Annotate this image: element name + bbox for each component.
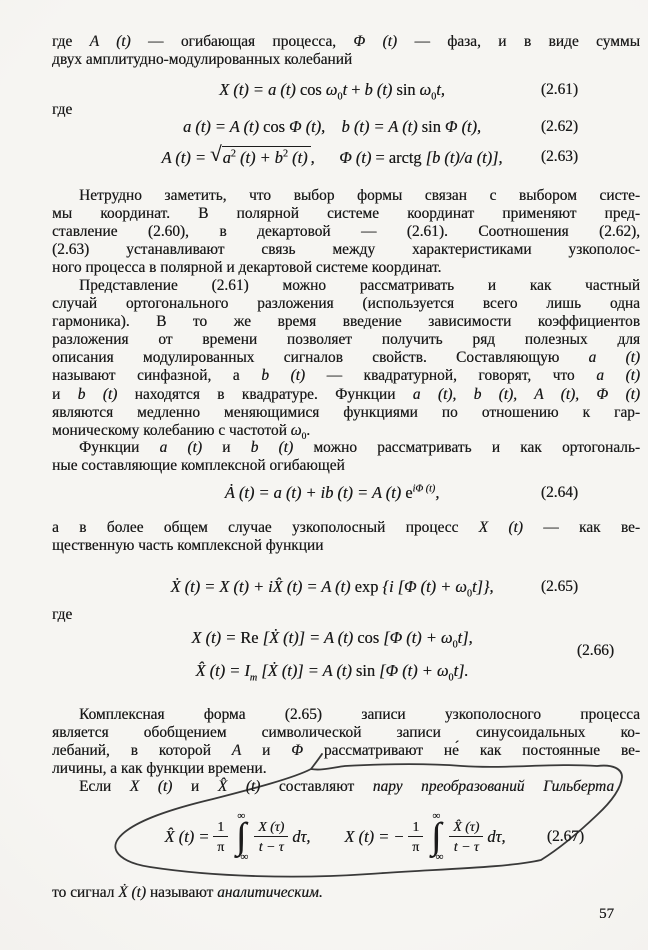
formula-2-64: Ȧ (t) = a (t) + ib (t) = A (t) eiΦ (t), …: [52, 483, 612, 503]
paragraph-4: а в более общем случае узкополосный проц…: [52, 519, 640, 555]
fraction-numerator: X̂ (τ): [449, 818, 483, 837]
square-root: √a2 (t) + b2 (t): [210, 146, 311, 168]
text-line: Комплексная форма (2.65) записи узкополо…: [52, 706, 640, 724]
equation-number: (2.64): [541, 484, 578, 502]
text-line: где A (t) — огибающая процесса, Φ (t) — …: [52, 33, 640, 51]
formula-part: X (t) = −: [344, 827, 404, 847]
text-line: мы координат. В полярной системе координ…: [52, 205, 640, 223]
formula-body: Ȧ (t) = a (t) + ib (t) = A (t) eiΦ (t),: [225, 483, 440, 503]
intro-text: где A (t) — огибающая процесса, Φ (t) — …: [52, 33, 640, 69]
formula-2-67: X̂ (t) = 1π ∞∫−∞ X (τ)t − τ dτ, X (t) = …: [52, 803, 618, 871]
equation-number: (2.67): [547, 828, 584, 846]
fraction-numerator: X (τ): [254, 818, 288, 837]
text-line: двух амплитудно-модулированных колебаний: [52, 51, 640, 69]
equation-number: (2.61): [541, 81, 578, 99]
text-line: Если X (t) и X̂ (t) составляют пару прео…: [52, 778, 614, 796]
text-line: ного процесса в полярной и декартовой си…: [52, 259, 640, 277]
text-line: являются медленно меняющимися функциями …: [52, 404, 640, 422]
fraction: X̂ (τ)t − τ: [449, 818, 483, 855]
formula-body: X̂ (t) = Im [Ẋ (t)] = A (t) sin [Φ (t) +…: [195, 661, 468, 681]
formula-body: A (t) = √a2 (t) + b2 (t), Φ (t) = arctg …: [161, 146, 502, 168]
text-line: ставление (2.60), в декартовой — (2.61).…: [52, 223, 640, 241]
formula-2-66-line1: X (t) = Re [Ẋ (t)] = A (t) cos [Φ (t) + …: [52, 628, 612, 648]
text-line: лебаний, в которой A и Φ рассматривают н…: [52, 742, 640, 760]
radical-sign: √: [210, 144, 222, 165]
paragraph-2: Представление (2.61) можно рассматривать…: [52, 277, 640, 440]
integral-lower-limit: −∞: [234, 852, 248, 863]
text-line: моническому колебанию с частотой ω0.: [52, 422, 640, 440]
fraction: X (τ)t − τ: [254, 818, 288, 855]
formula-part: X̂ (t) =: [165, 827, 210, 847]
text-line: Нетрудно заметить, что выбор формы связа…: [52, 187, 640, 205]
formula-part: dτ,: [487, 827, 505, 847]
text-line: то сигнал Ẋ (t) называют аналитическим.: [52, 884, 640, 902]
integral-sign: ∫: [236, 822, 246, 852]
book-page: где A (t) — огибающая процесса, Φ (t) — …: [0, 0, 648, 950]
fraction-denominator: t − τ: [259, 837, 284, 855]
formula-2-66-line2: X̂ (t) = Im [Ẋ (t)] = A (t) sin [Φ (t) +…: [52, 661, 612, 681]
formula-part: dτ,: [292, 827, 310, 847]
text-line: (2.63) устанавливают связь между характе…: [52, 241, 640, 259]
fraction-numerator: 1: [408, 818, 423, 837]
formula-2-61: X (t) = a (t) cos ω0t + b (t) sin ω0t, (…: [52, 80, 612, 100]
paragraph-5: Комплексная форма (2.65) записи узкополо…: [52, 706, 640, 778]
fraction-denominator: t − τ: [454, 837, 479, 855]
formula-body: X̂ (t) = 1π ∞∫−∞ X (τ)t − τ dτ, X (t) = …: [165, 811, 506, 863]
integral: ∞∫−∞: [234, 811, 248, 863]
page-number: 57: [599, 906, 614, 923]
text-line: является обобщением символической записи…: [52, 724, 640, 742]
paragraph-1: Нетрудно заметить, что выбор формы связа…: [52, 187, 640, 277]
formula-body: X (t) = a (t) cos ω0t + b (t) sin ω0t,: [219, 80, 445, 100]
formula-body: a (t) = A (t) cos Φ (t), b (t) = A (t) s…: [183, 117, 481, 137]
formula-part: , Φ (t) = arctg [b (t)/a (t)],: [311, 148, 503, 167]
equation-number: (2.62): [541, 118, 578, 136]
fraction-numerator: 1: [213, 818, 228, 837]
formula-2-63: A (t) = √a2 (t) + b2 (t), Φ (t) = arctg …: [52, 146, 612, 168]
text-line: случай ортогонального разложения (исполь…: [52, 295, 640, 313]
hilbert-sentence: Если X (t) и X̂ (t) составляют пару прео…: [52, 778, 614, 796]
text-line: Представление (2.61) можно рассматривать…: [52, 277, 640, 295]
text-line: гармоника). В то же время введение завис…: [52, 313, 640, 331]
formula-body: Ẋ (t) = X (t) + iX̂ (t) = A (t) exp {i […: [170, 577, 493, 597]
radicand: a2 (t) + b2 (t): [222, 146, 311, 168]
equation-number: (2.65): [541, 578, 578, 596]
fraction: 1π: [213, 818, 228, 855]
text-line: разложения от времени позволяет получить…: [52, 331, 640, 349]
formula-2-65: Ẋ (t) = X (t) + iX̂ (t) = A (t) exp {i […: [52, 577, 612, 597]
text-line: Функции a (t) и b (t) можно рассматриват…: [52, 439, 640, 457]
text-line: описания модулированных сигналов свойств…: [52, 349, 640, 367]
fraction: 1π: [408, 818, 423, 855]
text-line: личины, а как функции времени.: [52, 760, 640, 778]
text-line: где: [52, 606, 72, 624]
text-line: а в более общем случае узкополосный проц…: [52, 519, 640, 537]
formula-2-62: a (t) = A (t) cos Φ (t), b (t) = A (t) s…: [52, 117, 612, 137]
text-line: ные составляющие комплексной огибающей: [52, 457, 640, 475]
fraction-denominator: π: [412, 837, 419, 855]
integral: ∞∫−∞: [429, 811, 443, 863]
text-line: называют синфазной, а b (t) — квадратурн…: [52, 367, 640, 385]
closing-text: то сигнал Ẋ (t) называют аналитическим.: [52, 884, 640, 902]
paragraph-3: Функции a (t) и b (t) можно рассматриват…: [52, 439, 640, 475]
formula-body: X (t) = Re [Ẋ (t)] = A (t) cos [Φ (t) + …: [191, 628, 472, 648]
integral-lower-limit: −∞: [429, 852, 443, 863]
equation-number: (2.63): [541, 148, 578, 166]
fraction-denominator: π: [217, 837, 224, 855]
integral-sign: ∫: [431, 822, 441, 852]
formula-part: A (t) =: [161, 148, 210, 167]
text-line: и b (t) находятся в квадратуре. Функции …: [52, 386, 640, 404]
equation-number: (2.66): [577, 642, 614, 660]
text-line: щественную часть комплексной функции: [52, 537, 640, 555]
